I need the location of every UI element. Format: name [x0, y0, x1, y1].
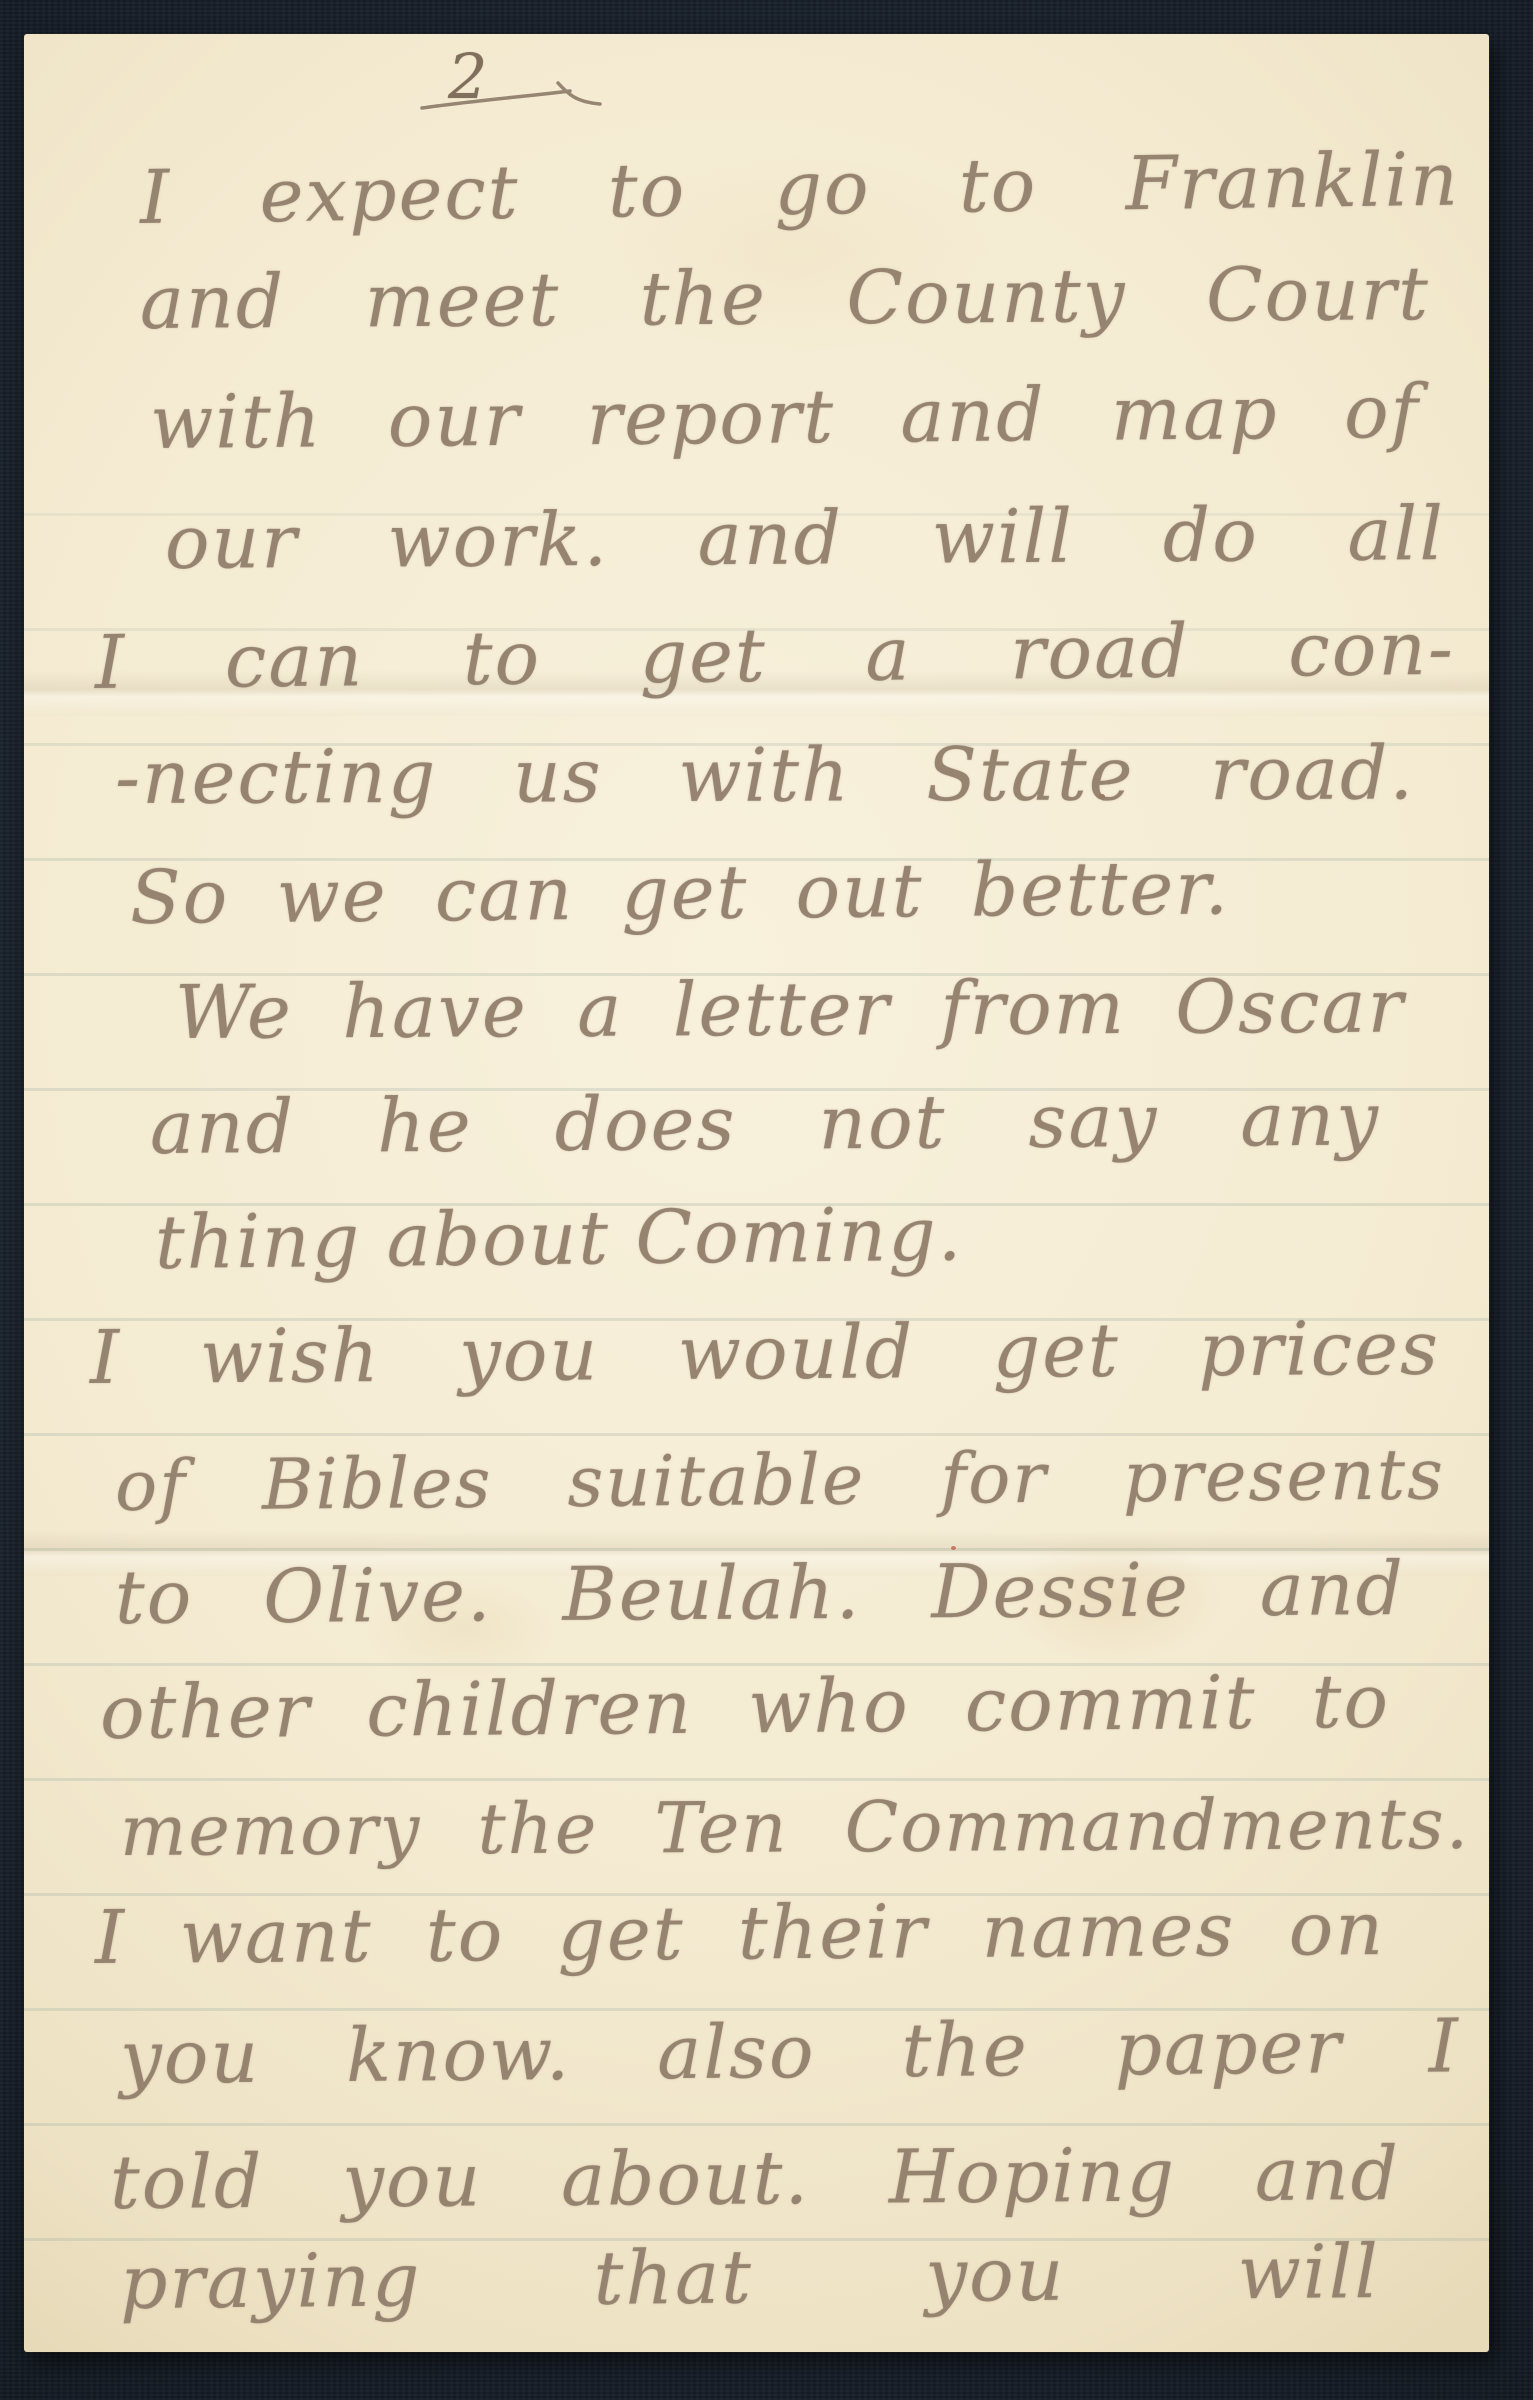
handwriting-line: with our report and map of: [150, 374, 1421, 463]
handwriting-layer: I expect to go to Franklinand meet the C…: [0, 0, 1533, 2400]
handwriting-line: our work. and will do all: [165, 496, 1446, 583]
handwriting-line: I expect to go to Franklin: [139, 142, 1460, 238]
handwriting-line: and he does not say any: [150, 1081, 1381, 1167]
handwriting-line: I want to get their names on: [95, 1891, 1386, 1978]
handwriting-line: praying that you will: [120, 2234, 1381, 2323]
handwriting-line: to Olive. Beulah. Dessie and: [115, 1551, 1406, 1638]
handwriting-line: memory the Ten Commandments.: [120, 1788, 1470, 1869]
handwriting-line: We have a letter from Oscar: [175, 969, 1405, 1053]
handwriting-line: I can to get a road con-: [95, 611, 1456, 703]
handwriting-line: of Bibles suitable for presents: [115, 1438, 1446, 1523]
handwriting-line: So we can get out better.: [130, 850, 1231, 937]
handwriting-line: -necting us with State road.: [115, 735, 1415, 817]
handwriting-line: and meet the County Court: [140, 256, 1431, 343]
handwriting-line: told you about. Hoping and: [110, 2136, 1401, 2223]
handwriting-line: I wish you would get prices: [90, 1311, 1441, 1398]
handwriting-line: other children who commit to: [100, 1664, 1391, 1753]
handwriting-line: thing about Coming.: [155, 1197, 964, 1283]
handwriting-line: you know. also the paper I: [120, 2008, 1461, 2097]
scanned-letter-photo: 2 I expect to go to Franklinand meet the…: [0, 0, 1533, 2400]
